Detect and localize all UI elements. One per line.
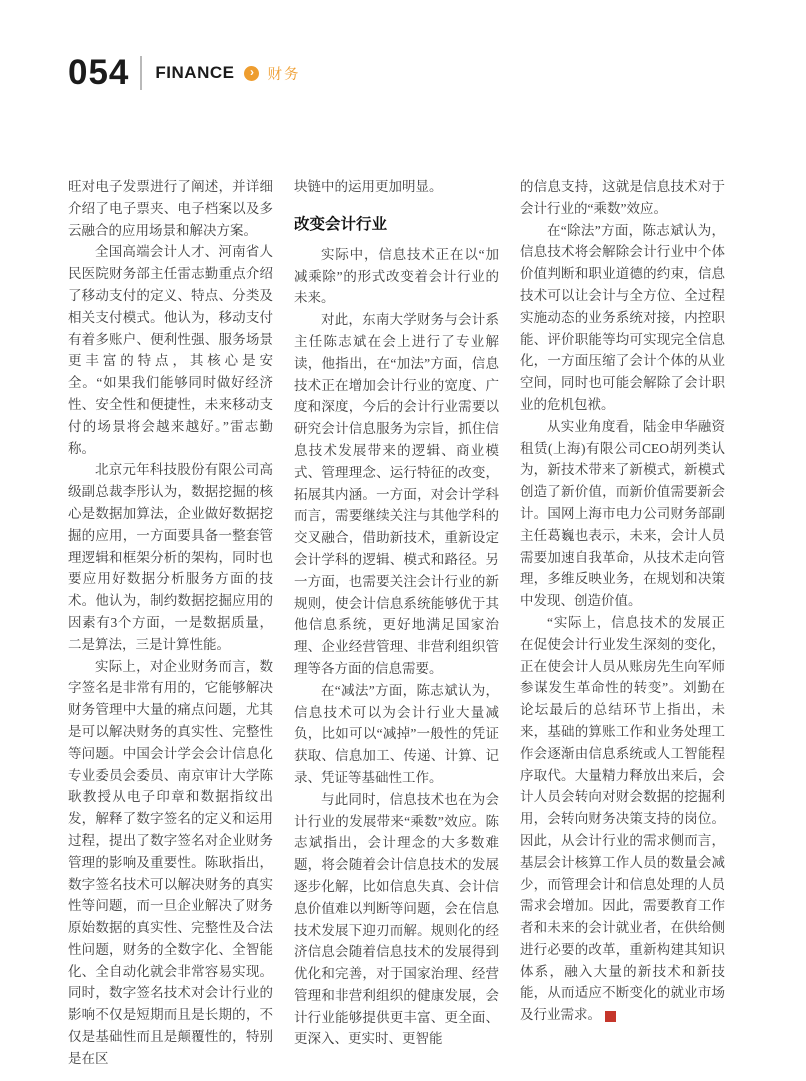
paragraph: 与此同时，信息技术也在为会计行业的发展带来“乘数”效应。陈志斌指出，会计理念的大… (294, 789, 499, 1051)
article-body: 旺对电子发票进行了阐述，并详细介绍了电子票夹、电子档案以及多云融合的应用场景和解… (68, 176, 725, 1070)
section-title-en: FINANCE (155, 63, 234, 83)
header-divider (140, 56, 142, 90)
paragraph: 在“减法”方面，陈志斌认为，信息技术可以为会计行业大量减负，比如可以“减掉”一般… (294, 680, 499, 789)
section-heading: 改变会计行业 (294, 215, 499, 235)
paragraph: 在“除法”方面，陈志斌认为，信息技术将会解除会计行业中个体价值判断和职业道德的约… (520, 220, 725, 416)
chevron-right-icon: › (244, 66, 259, 81)
paragraph-text: “实际上，信息技术的发展正在促使会计行业发生深刻的变化，正在使会计人员从账房先生… (520, 615, 725, 1022)
paragraph: 块链中的运用更加明显。 (294, 176, 499, 198)
paragraph: 的信息支持，这就是信息技术对于会计行业的“乘数”效应。 (520, 176, 725, 220)
article-column-3: 的信息支持，这就是信息技术对于会计行业的“乘数”效应。 在“除法”方面，陈志斌认… (520, 176, 725, 1070)
paragraph: 全国高端会计人才、河南省人民医院财务部主任雷志勤重点介绍了移动支付的定义、特点、… (68, 241, 273, 459)
page-header: 054 FINANCE › 财务 (68, 54, 300, 92)
paragraph: 对此，东南大学财务与会计系主任陈志斌在会上进行了专业解读，他指出，在“加法”方面… (294, 309, 499, 680)
article-column-2: 块链中的运用更加明显。 改变会计行业 实际中，信息技术正在以“加减乘除”的形式改… (294, 176, 499, 1070)
closing-paragraph: “实际上，信息技术的发展正在促使会计行业发生深刻的变化，正在使会计人员从账房先生… (520, 612, 725, 1026)
magazine-page: 054 FINANCE › 财务 旺对电子发票进行了阐述，并详细介绍了电子票夹、… (0, 0, 806, 1081)
page-number: 054 (68, 54, 129, 92)
section-title-zh: 财务 (267, 63, 300, 84)
paragraph: 旺对电子发票进行了阐述，并详细介绍了电子票夹、电子档案以及多云融合的应用场景和解… (68, 176, 273, 241)
article-end-mark-icon: 财 (605, 1011, 616, 1022)
paragraph: 从实业角度看，陆金申华融资租赁(上海)有限公司CEO胡列类认为，新技术带来了新模… (520, 416, 725, 612)
article-column-1: 旺对电子发票进行了阐述，并详细介绍了电子票夹、电子档案以及多云融合的应用场景和解… (68, 176, 273, 1070)
paragraph: 实际上，对企业财务而言，数字签名是非常有用的，它能够解决财务管理中大量的痛点问题… (68, 656, 273, 1070)
paragraph: 实际中，信息技术正在以“加减乘除”的形式改变着会计行业的未来。 (294, 244, 499, 309)
paragraph: 北京元年科技股份有限公司高级副总裁李彤认为，数据挖掘的核心是数据加算法，企业做好… (68, 459, 273, 655)
